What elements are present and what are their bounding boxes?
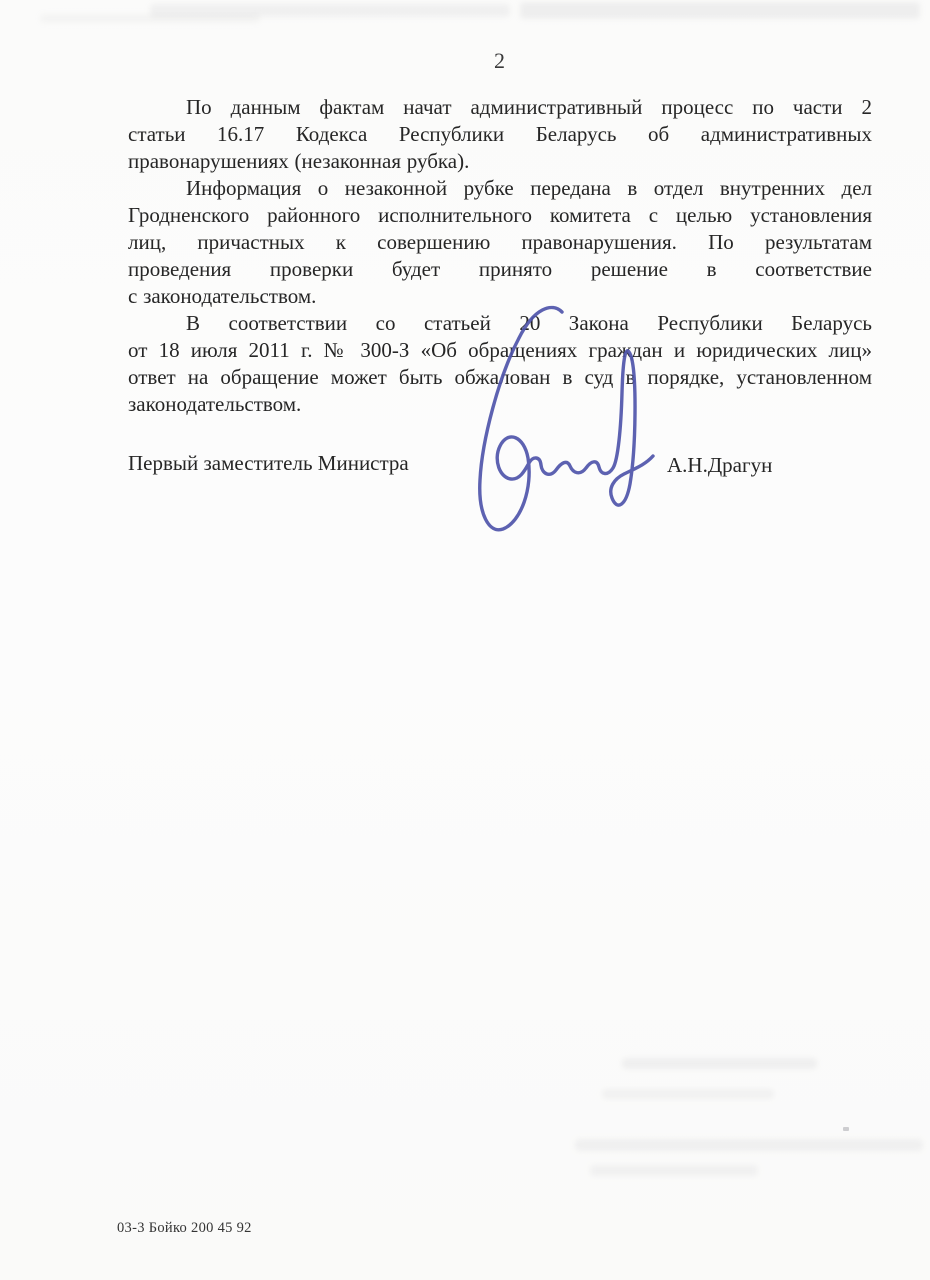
paragraph-information-transfer: Информация о незаконной рубке передана в… — [128, 175, 872, 310]
scan-artifact — [40, 14, 260, 23]
text-line: проведения проверки будет принято решени… — [128, 256, 872, 283]
paragraph-appeal-rights: В соответствии со статьей 20 Закона Респ… — [128, 310, 872, 418]
paragraph-administrative-process: По данным фактам начат административный … — [128, 94, 872, 175]
text-line: ответ на обращение может быть обжалован … — [128, 364, 872, 391]
footer-reference-code: 03-3 Бойко 200 45 92 — [117, 1220, 252, 1237]
text-line: статьи 16.17 Кодекса Республики Беларусь… — [128, 121, 872, 148]
scan-artifact — [602, 1089, 774, 1099]
text-line: правонарушениях (незаконная рубка). — [128, 148, 872, 175]
letter-body: По данным фактам начат административный … — [128, 94, 872, 418]
scan-artifact — [150, 4, 510, 17]
scan-artifact — [622, 1058, 817, 1069]
scan-artifact — [575, 1139, 923, 1151]
text-line: Гродненского районного исполнительного к… — [128, 202, 872, 229]
text-line: законодательством. — [128, 391, 872, 418]
scan-artifact — [520, 2, 920, 19]
text-line: с законодательством. — [128, 283, 872, 310]
text-line: лиц, причастных к совершению правонаруше… — [128, 229, 872, 256]
signer-name: А.Н.Драгун — [667, 453, 772, 478]
signer-position-title: Первый заместитель Министра — [128, 451, 409, 476]
text-line: Информация о незаконной рубке передана в… — [128, 175, 872, 202]
scanned-letter-page: 2 По данным фактам начат административны… — [0, 0, 930, 1280]
scan-artifact — [590, 1165, 758, 1176]
page-number: 2 — [128, 48, 872, 74]
text-line: В соответствии со статьей 20 Закона Респ… — [128, 310, 872, 337]
text-line: По данным фактам начат административный … — [128, 94, 872, 121]
scan-speck — [843, 1127, 849, 1131]
text-line: от 18 июля 2011 г. № 300-З «Об обращения… — [128, 337, 872, 364]
